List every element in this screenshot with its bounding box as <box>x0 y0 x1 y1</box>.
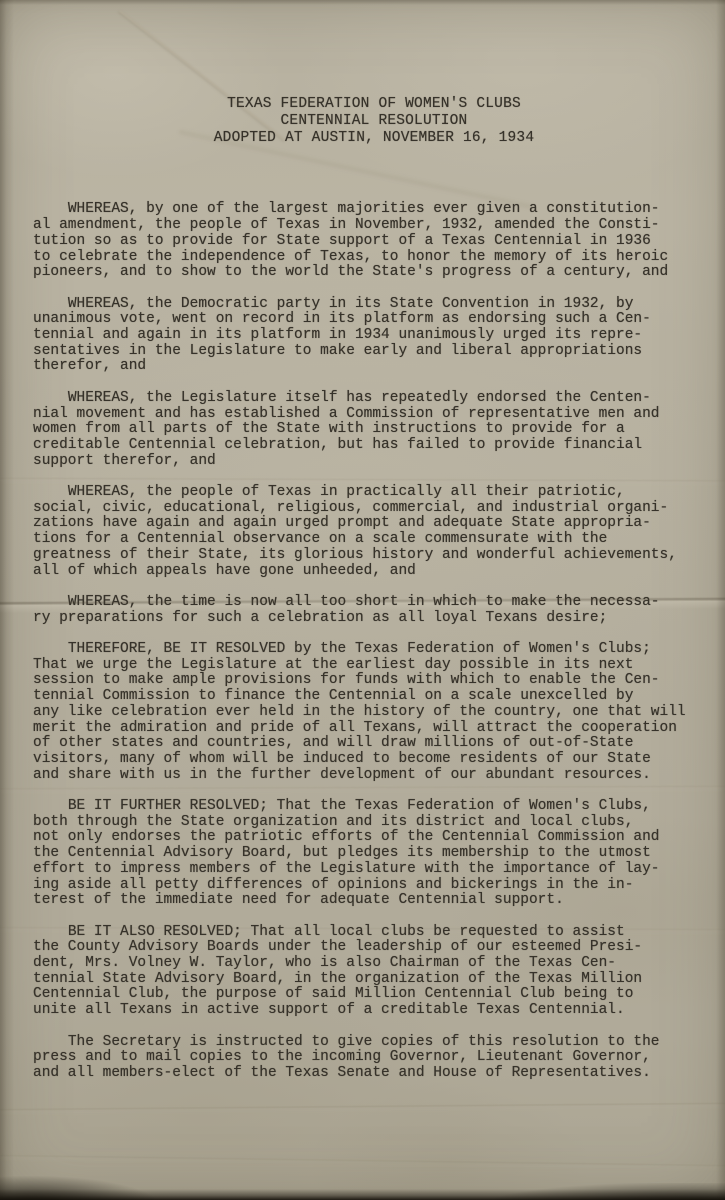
scanned-document: TEXAS FEDERATION OF WOMEN'S CLUBS CENTEN… <box>0 0 725 1200</box>
scan-edge-bottom <box>0 1189 725 1200</box>
paragraph-secretary-instruction: The Secretary is instructed to give copi… <box>33 1035 719 1082</box>
paragraph-further-resolved: BE IT FURTHER RESOLVED; That the Texas F… <box>33 799 719 909</box>
paragraph-whereas-people-of-texas: WHEREAS, the people of Texas in practica… <box>33 485 719 579</box>
title-line-organization: TEXAS FEDERATION OF WOMEN'S CLUBS <box>33 96 715 113</box>
document-title-block: TEXAS FEDERATION OF WOMEN'S CLUBS CENTEN… <box>33 96 715 146</box>
title-line-resolution: CENTENNIAL RESOLUTION <box>33 113 715 130</box>
scan-corner-bottom-left <box>0 1176 158 1200</box>
paragraph-whereas-legislature: WHEREAS, the Legislature itself has repe… <box>33 391 719 470</box>
paper-sheet: TEXAS FEDERATION OF WOMEN'S CLUBS CENTEN… <box>0 0 725 1200</box>
paragraph-whereas-democratic-party: WHEREAS, the Democratic party in its Sta… <box>33 297 719 376</box>
title-line-adoption: ADOPTED AT AUSTIN, NOVEMBER 16, 1934 <box>33 130 715 147</box>
horizontal-crease-5 <box>0 1155 725 1166</box>
paragraph-whereas-time-short: WHEREAS, the time is now all too short i… <box>33 595 719 626</box>
scan-corner-bottom-right <box>495 1183 725 1200</box>
horizontal-crease-4 <box>0 1103 725 1110</box>
document-body: WHEREAS, by one of the largest majoritie… <box>0 202 725 1081</box>
paragraph-also-resolved: BE IT ALSO RESOLVED; That all local club… <box>33 925 719 1019</box>
scan-edge-top <box>0 0 725 5</box>
paragraph-whereas-amendment: WHEREAS, by one of the largest majoritie… <box>33 202 719 281</box>
paragraph-therefore-resolved: THEREFORE, BE IT RESOLVED by the Texas F… <box>33 642 719 783</box>
